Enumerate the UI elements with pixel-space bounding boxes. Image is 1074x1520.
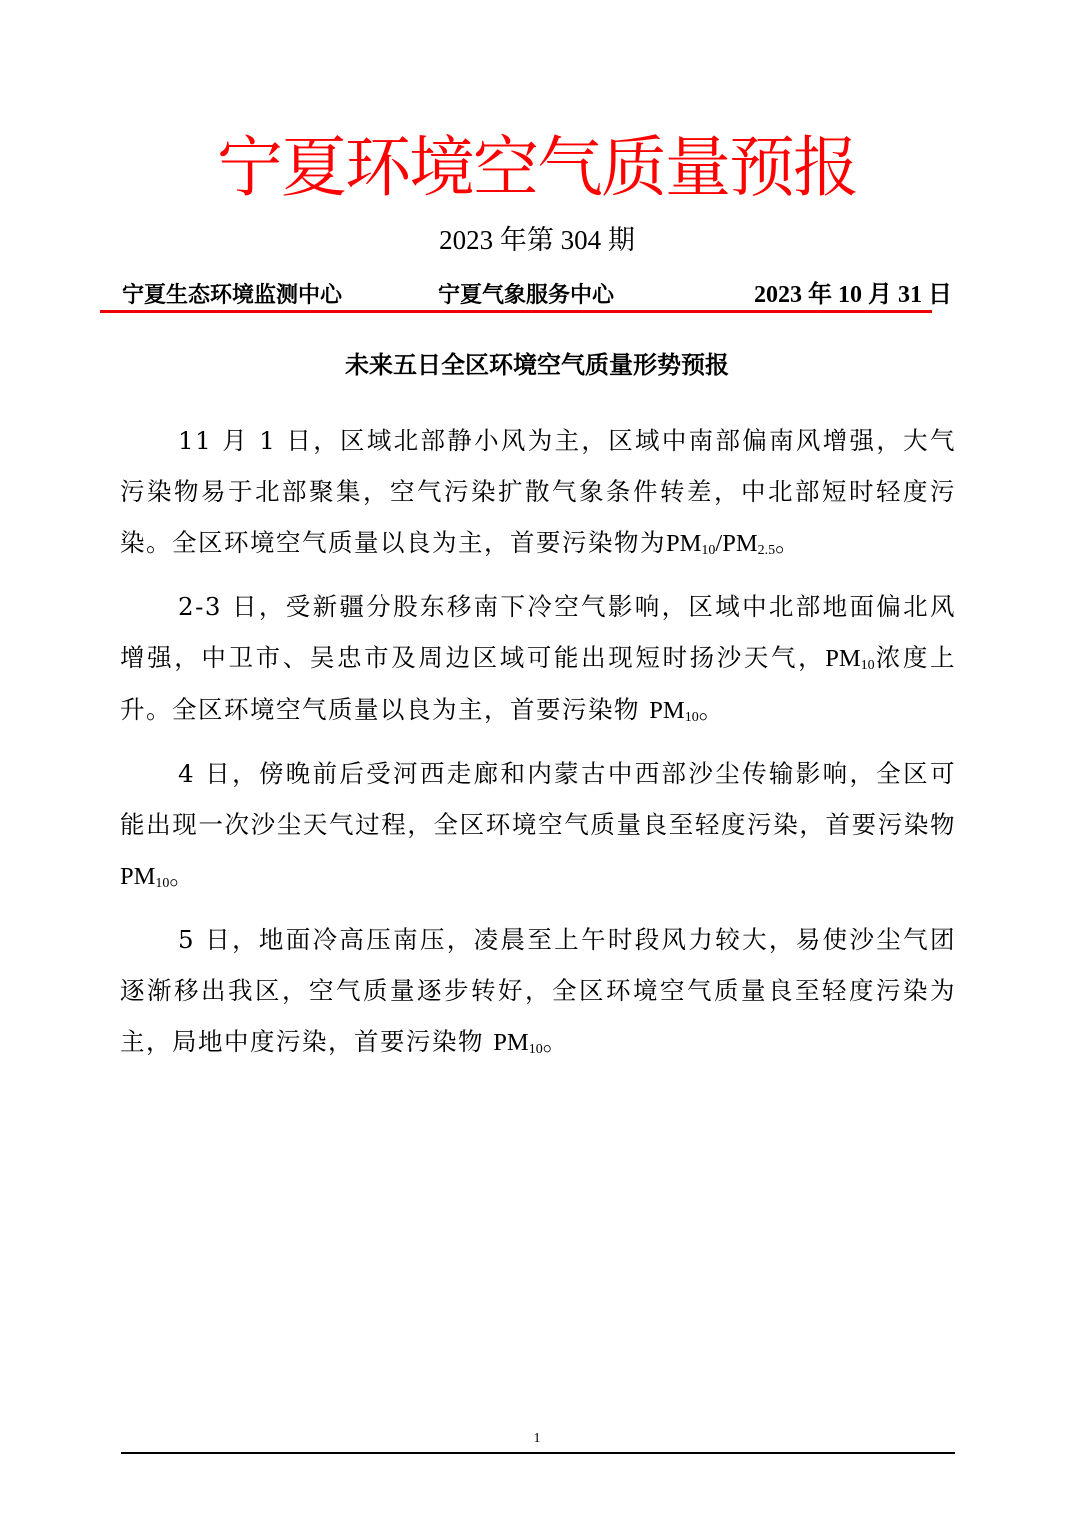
issue-date: 2023 年 10 月 31 日 xyxy=(754,278,952,312)
footer-rule xyxy=(121,1452,955,1454)
pollutant-pm10: PM10 xyxy=(825,645,874,672)
pollutant-pm10: PM10 xyxy=(493,1029,542,1056)
forecast-paragraph-day-5: 5 日，地面冷高压南压，凌晨至上午时段风力较大，易使沙尘气团逐渐移出我区，空气质… xyxy=(120,914,956,1068)
paragraph-end: 。 xyxy=(543,1027,569,1056)
section-title: 未来五日全区环境空气质量形势预报 xyxy=(0,345,1074,385)
pollutant-pm10: PM10 xyxy=(666,530,715,557)
paragraph-end: 。 xyxy=(699,695,725,724)
paragraph-text: 11 月 1 日，区域北部静小风为主，区域中南部偏南风增强，大气污染物易于北部聚… xyxy=(120,426,956,557)
issuer-ecology-monitoring-center: 宁夏生态环境监测中心 xyxy=(122,278,342,312)
pollutant-pm25: PM2.5 xyxy=(722,530,775,557)
paragraph-end: 。 xyxy=(169,861,195,890)
forecast-paragraph-day-1: 11 月 1 日，区域北部静小风为主，区域中南部偏南风增强，大气污染物易于北部聚… xyxy=(120,415,956,569)
pollutant-pm10: PM10 xyxy=(649,697,698,724)
paragraph-text: 4 日，傍晚前后受河西走廊和内蒙古中西部沙尘传输影响，全区可能出现一次沙尘天气过… xyxy=(120,759,956,839)
issue-number: 2023 年第 304 期 xyxy=(0,220,1074,260)
pollutant-pm10: PM10 xyxy=(120,863,169,890)
paragraph-end: 。 xyxy=(775,528,801,557)
red-header-rule xyxy=(100,310,932,313)
masthead-title: 宁夏环境空气质量预报 xyxy=(0,128,1074,208)
forecast-paragraph-day-4: 4 日，傍晚前后受河西走廊和内蒙古中西部沙尘传输影响，全区可能出现一次沙尘天气过… xyxy=(120,748,956,902)
page-number: 1 xyxy=(0,1430,1074,1448)
forecast-paragraph-day-2-3: 2-3 日，受新疆分股东移南下冷空气影响，区域中北部地面偏北风增强，中卫市、吴忠… xyxy=(120,581,956,736)
forecast-body: 11 月 1 日，区域北部静小风为主，区域中南部偏南风增强，大气污染物易于北部聚… xyxy=(120,415,956,1080)
document-page: 宁夏环境空气质量预报 2023 年第 304 期 宁夏生态环境监测中心 宁夏气象… xyxy=(0,0,1074,1520)
issuer-meteorological-service-center: 宁夏气象服务中心 xyxy=(438,278,614,312)
issuer-row: 宁夏生态环境监测中心 宁夏气象服务中心 2023 年 10 月 31 日 xyxy=(122,278,952,312)
